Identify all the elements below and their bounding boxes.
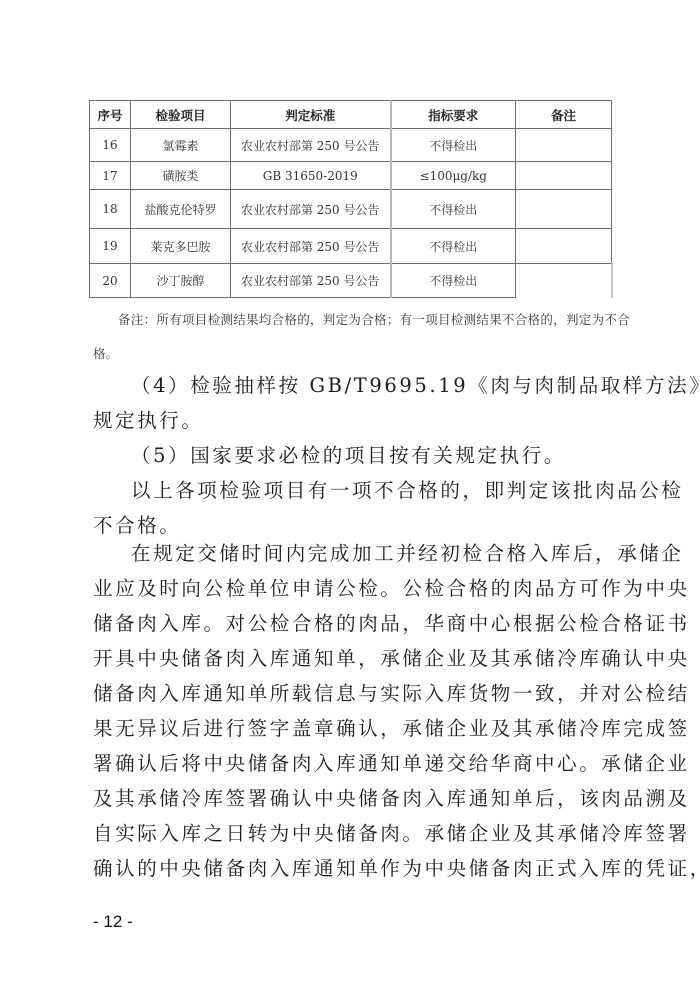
- cell-item: 盐酸克伦特罗: [131, 190, 231, 229]
- cell-remark: [516, 229, 612, 264]
- text-line: 在规定交储时间内完成加工并经初检合格入库后，承储企: [93, 536, 615, 571]
- table-row: 18 盐酸克伦特罗 农业农村部第 250 号公告 不得检出: [90, 190, 612, 229]
- cell-remark: [516, 264, 612, 298]
- cell-requirement: 不得检出: [391, 264, 516, 298]
- cell-no: 20: [90, 264, 131, 298]
- header-requirement: 指标要求: [391, 101, 516, 129]
- cell-standard: 农业农村部第 250 号公告: [231, 229, 391, 264]
- cell-remark: [516, 190, 612, 229]
- paragraph-storage-procedure: 在规定交储时间内完成加工并经初检合格入库后，承储企 业应及时向公检单位申请公检。…: [93, 536, 615, 886]
- header-remark: 备注: [516, 101, 612, 129]
- header-standard: 判定标准: [231, 101, 391, 129]
- cell-remark: [516, 129, 612, 162]
- text-line: 署确认后将中央储备肉入库通知单递交给华商中心。承储企业: [93, 746, 615, 781]
- cell-requirement: ≤100μg/kg: [391, 162, 516, 190]
- cell-requirement: 不得检出: [391, 229, 516, 264]
- table-note: 备注：所有项目检测结果均合格的，判定为合格；有一项目检测结果不合格的，判定为不合: [118, 310, 630, 328]
- text-line: （4）检验抽样按 GB/T9695.19《肉与肉制品取样方法》的: [93, 368, 615, 403]
- text-line: 业应及时向公检单位申请公检。公检合格的肉品方可作为中央: [93, 571, 615, 606]
- text-line: 储备肉入库。对公检合格的肉品，华商中心根据公检合格证书: [93, 606, 615, 641]
- text-line: 开具中央储备肉入库通知单，承储企业及其承储冷库确认中央: [93, 641, 615, 676]
- table-header-row: 序号 检验项目 判定标准 指标要求 备注: [90, 101, 612, 129]
- cell-standard: 农业农村部第 250 号公告: [231, 190, 391, 229]
- cell-item: 莱克多巴胺: [131, 229, 231, 264]
- cell-no: 16: [90, 129, 131, 162]
- cell-no: 19: [90, 229, 131, 264]
- table-row: 17 磺胺类 GB 31650-2019 ≤100μg/kg: [90, 162, 612, 190]
- table-row: 20 沙丁胺醇 农业农村部第 250 号公告 不得检出: [90, 264, 612, 298]
- cell-item: 沙丁胺醇: [131, 264, 231, 298]
- text-line: 储备肉入库通知单所载信息与实际入库货物一致，并对公检结: [93, 676, 615, 711]
- text-line: 自实际入库之日转为中央储备肉。承储企业及其承储冷库签署: [93, 816, 615, 851]
- paragraph-unqualified-rule: 以上各项检验项目有一项不合格的，即判定该批肉品公检 不合格。: [93, 473, 615, 543]
- table-note-continued: 格。: [93, 344, 118, 362]
- header-no: 序号: [90, 101, 131, 129]
- cell-item: 氯霉素: [131, 129, 231, 162]
- text-line: 及其承储冷库签署确认中央储备肉入库通知单后，该肉品溯及: [93, 781, 615, 816]
- header-item: 检验项目: [131, 101, 231, 129]
- cell-standard: 农业农村部第 250 号公告: [231, 129, 391, 162]
- cell-requirement: 不得检出: [391, 129, 516, 162]
- cell-remark: [516, 162, 612, 190]
- cell-item: 磺胺类: [131, 162, 231, 190]
- text-line: 确认的中央储备肉入库通知单作为中央储备肉正式入库的凭证，: [93, 851, 615, 886]
- cell-no: 17: [90, 162, 131, 190]
- text-line: （5）国家要求必检的项目按有关规定执行。: [93, 438, 615, 473]
- paragraph-item-5: （5）国家要求必检的项目按有关规定执行。: [93, 438, 615, 473]
- cell-standard: 农业农村部第 250 号公告: [231, 264, 391, 298]
- document-page: 序号 检验项目 判定标准 指标要求 备注 16 氯霉素 农业农村部第 250 号…: [0, 0, 700, 989]
- text-line: 规定执行。: [93, 403, 615, 438]
- page-number: - 12 -: [93, 912, 133, 932]
- cell-standard: GB 31650-2019: [231, 162, 391, 190]
- table-row: 16 氯霉素 农业农村部第 250 号公告 不得检出: [90, 129, 612, 162]
- paragraph-item-4: （4）检验抽样按 GB/T9695.19《肉与肉制品取样方法》的 规定执行。: [93, 368, 615, 438]
- table-row: 19 莱克多巴胺 农业农村部第 250 号公告 不得检出: [90, 229, 612, 264]
- cell-requirement: 不得检出: [391, 190, 516, 229]
- text-line: 果无异议后进行签字盖章确认，承储企业及其承储冷库完成签: [93, 711, 615, 746]
- cell-no: 18: [90, 190, 131, 229]
- text-line: 以上各项检验项目有一项不合格的，即判定该批肉品公检: [93, 473, 615, 508]
- inspection-items-table: 序号 检验项目 判定标准 指标要求 备注 16 氯霉素 农业农村部第 250 号…: [89, 100, 613, 298]
